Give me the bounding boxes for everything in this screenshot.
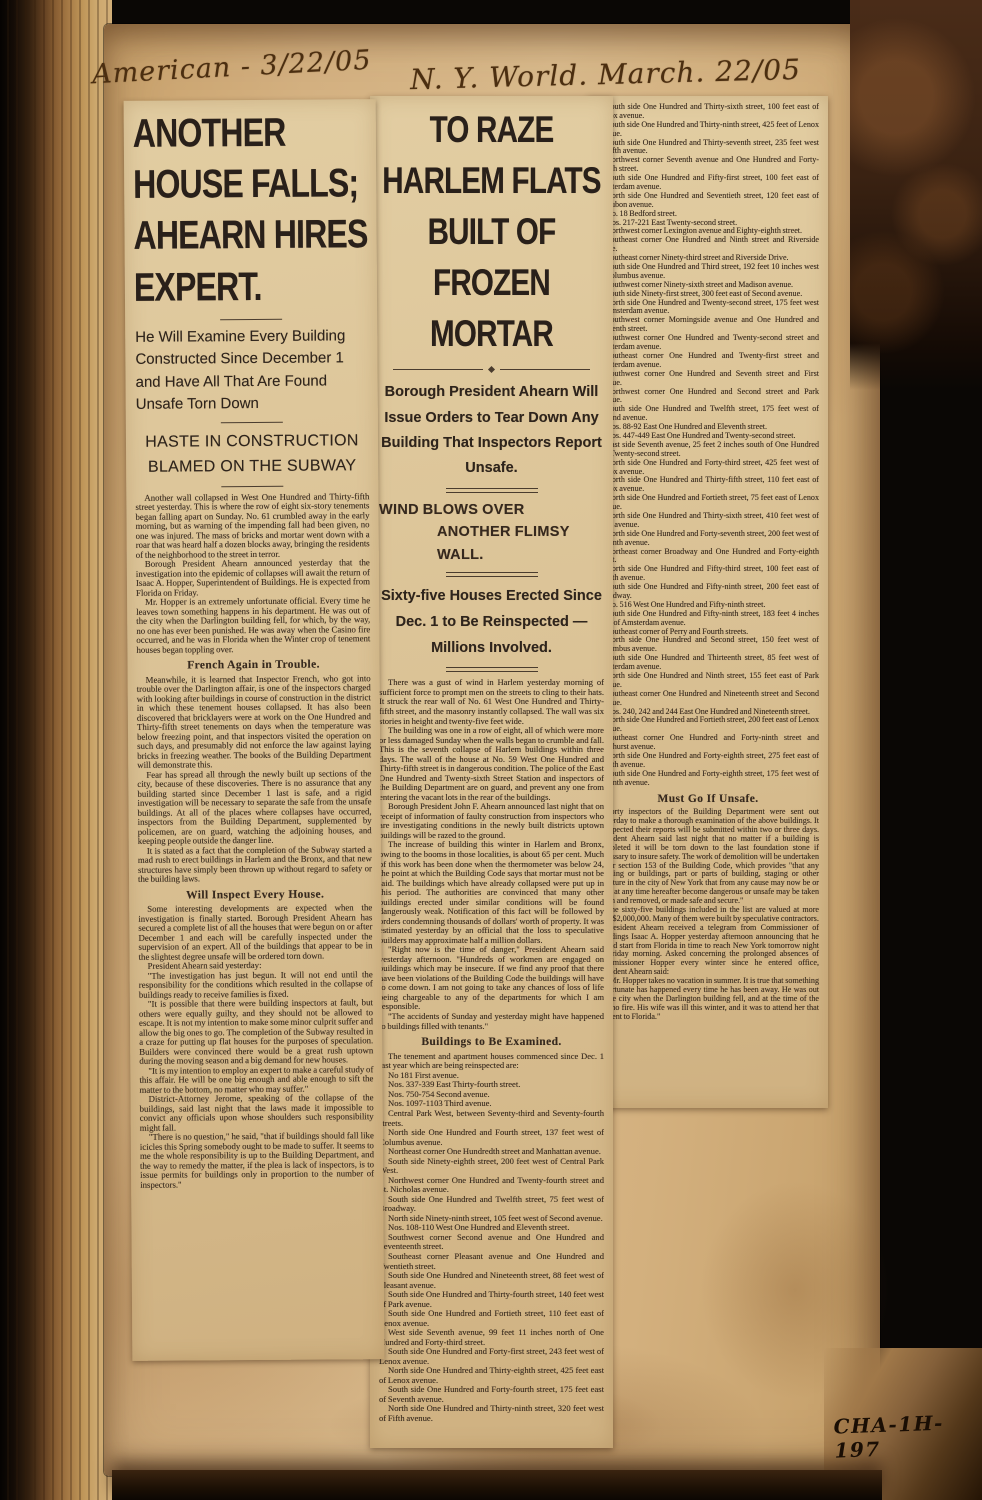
paragraph: "The accidents of Sunday and yesterday m… (379, 1012, 604, 1031)
paragraph: Southwest corner One Hundred and Twenty-… (597, 334, 819, 352)
deck: He Will Examine Every Building Construct… (135, 325, 368, 417)
paragraph: Borough President Ahearn announced yeste… (136, 559, 370, 599)
paragraph: Northwest corner One Hundred and Second … (597, 388, 819, 406)
headline: ANOTHER HOUSE FALLS; AHEARN HIRES EXPERT… (133, 107, 368, 313)
paragraph: Some interesting developments are expect… (138, 903, 372, 962)
paragraph: "Mr. Hopper takes no vacation in summer.… (597, 977, 819, 1021)
paragraph: Another wall collapsed in West One Hundr… (135, 492, 369, 560)
paragraph: The sixty-five buildings included in the… (597, 906, 819, 924)
paragraph: South side One Hundred and Fortieth stre… (379, 1309, 604, 1328)
paragraph: North side One Hundred and Fortieth stre… (597, 716, 819, 734)
paragraph: South side One Hundred and Twelfth stree… (597, 405, 819, 423)
paragraph: North side One Hundred and Forty-third s… (597, 459, 819, 477)
divider-rule (220, 319, 282, 320)
paragraph: There was a gust of wind in Harlem yeste… (379, 678, 604, 726)
paragraph: Central Park West, between Seventy-third… (379, 1109, 604, 1128)
paragraph: Northwest corner Seventh avenue and One … (597, 156, 819, 174)
paragraph: Southwest corner Second avenue and One H… (379, 1233, 604, 1252)
diamond-ornament (488, 366, 495, 373)
paragraph: Southeast corner One Hundred and Ninetee… (597, 690, 819, 708)
deck-sixty-five-houses: Sixty-five Houses Erected Since Dec. 1 t… (379, 583, 604, 661)
divider-rule (221, 486, 283, 487)
paragraph: South side One Hundred and Fifty-first s… (597, 174, 819, 192)
divider-rule (446, 667, 538, 672)
divider-rule (221, 422, 283, 423)
paragraph: Southeast corner Pleasant avenue and One… (379, 1252, 604, 1271)
paragraph: ANOTHER FLIMSY WALL. (379, 521, 604, 566)
ornament-divider (393, 367, 590, 372)
crosshead: Must Go If Unsafe. (597, 793, 819, 806)
paragraph: The building was one in a row of eight, … (379, 726, 604, 802)
paragraph: "There is no question," he said, "that i… (140, 1131, 374, 1190)
scrapbook-photo: { "page": { "annotation_left": "American… (0, 0, 982, 1500)
paragraph: Borough President John F. Ahearn announc… (379, 802, 604, 840)
paragraph: South side One Hundred and Twelfth stree… (379, 1195, 604, 1214)
article-body: There was a gust of wind in Harlem yeste… (379, 678, 604, 1423)
paragraph: South side One Hundred and Thirty-fourth… (379, 1290, 604, 1309)
article-body: Another wall collapsed in West One Hundr… (135, 492, 374, 1190)
paragraph: South side One Hundred and Thirty-sevent… (597, 139, 819, 157)
paragraph: North side One Hundred and Forty-seventh… (597, 530, 819, 548)
paragraph: Southeast corner One Hundred and Ninth s… (597, 236, 819, 254)
paragraph: WIND BLOWS OVER (379, 499, 604, 521)
article-body: South side One Hundred and Thirty-sixth … (597, 103, 819, 1022)
paragraph: North side One Hundred and Fifty-third s… (597, 565, 819, 583)
paragraph: "Right now is the time of danger," Presi… (379, 945, 604, 1012)
paragraph: North side One Hundred and Seventieth st… (597, 192, 819, 210)
paragraph: North side One Hundred and Second street… (597, 636, 819, 654)
paragraph: Northeast corner Broadway and One Hundre… (597, 548, 819, 566)
paragraph: "It is my intention to employ an expert … (139, 1065, 373, 1095)
paragraph: South side One Hundred and Forty-fourth … (379, 1385, 604, 1404)
paragraph: North side One Hundred and Thirty-ninth … (379, 1404, 604, 1423)
paragraph: East side Seventh avenue, 25 feet 2 inch… (597, 441, 819, 459)
subhead: HASTE IN CONSTRUCTION BLAMED ON THE SUBW… (135, 428, 369, 481)
paragraph: South side One Hundred and Forty-first s… (379, 1347, 604, 1366)
leather-cover-corner (850, 0, 982, 390)
paragraph: South side One Hundred and Fifty-ninth s… (597, 610, 819, 628)
paragraph: Mr. Hopper is an extremely unfortunate o… (136, 597, 370, 656)
paragraph: Southwest corner Morningside avenue and … (597, 316, 819, 334)
clipping-address-list: South side One Hundred and Thirty-sixth … (588, 96, 828, 1108)
paragraph: South side One Hundred and Fifty-ninth s… (597, 583, 819, 601)
clipping-to-raze-harlem-flats: TO RAZE HARLEM FLATS BUILT OF FROZEN MOR… (370, 96, 613, 1448)
crosshead: French Again in Trouble. (137, 659, 371, 673)
paragraph: North side One Hundred and Forty-eighth … (597, 752, 819, 770)
paragraph: North side One Hundred and Fortieth stre… (597, 494, 819, 512)
paragraph: North side One Hundred and Fourth street… (379, 1128, 604, 1147)
paragraph: "It is possible that there were building… (139, 998, 373, 1066)
paragraph: President Ahearn received a telegram fro… (597, 924, 819, 977)
paragraph: South side Ninety-eighth street, 200 fee… (379, 1157, 604, 1176)
paragraph: Southeast corner One Hundred and Forty-n… (597, 734, 819, 752)
paragraph: Southeast corner One Hundred and Twenty-… (597, 352, 819, 370)
paragraph: North side One Hundred and Thirty-sixth … (597, 512, 819, 530)
paragraph: North side One Hundred and Twenty-second… (597, 299, 819, 317)
paragraph: District-Attorney Jerome, speaking of th… (140, 1093, 374, 1133)
book-page-edges (0, 0, 112, 1500)
paragraph: Forty inspectors of the Building Departm… (597, 808, 819, 906)
paragraph: West side Seventh avenue, 99 feet 11 inc… (379, 1328, 604, 1347)
book-bottom-edge (112, 1470, 882, 1500)
paragraph: South side One Hundred and Thirty-sixth … (597, 103, 819, 121)
paragraph: The increase of building this winter in … (379, 840, 604, 945)
crosshead: Will Inspect Every House. (138, 888, 372, 902)
paragraph: South side One Hundred and Thirty-ninth … (597, 121, 819, 139)
paragraph: Fear has spread all through the newly bu… (137, 769, 372, 847)
paragraph: It is stated as a fact that the completi… (138, 845, 372, 885)
paragraph: South side One Hundred and Third street,… (597, 263, 819, 281)
crosshead: Buildings to Be Examined. (379, 1036, 604, 1049)
paragraph: "The investigation has just begun. It wi… (139, 970, 373, 1000)
divider-rule (446, 488, 538, 493)
paragraph: South side One Hundred and Thirteenth st… (597, 654, 819, 672)
paragraph: South side One Hundred and Nineteenth st… (379, 1271, 604, 1290)
paragraph: Meanwhile, it is learned that Inspector … (137, 674, 372, 771)
headline: TO RAZE HARLEM FLATS BUILT OF FROZEN MOR… (379, 104, 604, 359)
paragraph: North side One Hundred and Thirty-eighth… (379, 1366, 604, 1385)
divider-rule (446, 572, 538, 577)
deck: Borough President Ahearn Will Issue Orde… (380, 380, 603, 482)
paragraph: The tenement and apartment houses commen… (379, 1052, 604, 1071)
paragraph: South side One Hundred and Forty-eighth … (597, 770, 819, 788)
paragraph: North side One Hundred and Ninth street,… (597, 672, 819, 690)
paragraph: North side One Hundred and Thirty-fifth … (597, 476, 819, 494)
paragraph: Southwest corner One Hundred and Seventh… (597, 370, 819, 388)
clipping-another-house-falls: ANOTHER HOUSE FALLS; AHEARN HIRES EXPERT… (124, 99, 385, 1361)
subhead-wind: WIND BLOWS OVERANOTHER FLIMSY WALL. (379, 499, 604, 566)
catalog-number: CHA-1H-197 (833, 1409, 982, 1462)
paragraph: Northwest corner One Hundred and Twenty-… (379, 1176, 604, 1195)
